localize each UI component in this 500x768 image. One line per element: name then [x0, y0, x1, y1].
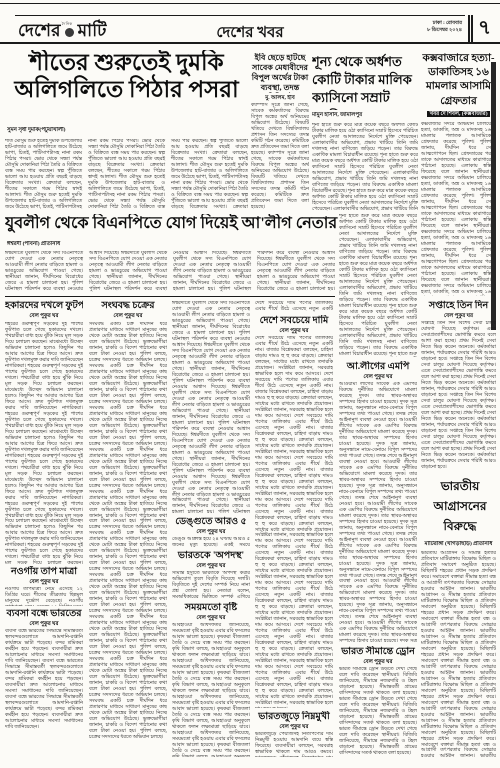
business-byline: বেল পুকুর ঘর: [5, 621, 83, 629]
naogaon-byline: বেল পুকুর ঘর: [5, 579, 83, 587]
banner-body: ঈশ্বরদীতে যুবলীগ থেকে সদ্য বিএনপিতে যোগ …: [5, 251, 335, 294]
ibi-headline: ইবি ছেড়ে হাটছে সাবেক মেধাবীদের বিপুল অর…: [251, 53, 309, 93]
top-hairline: [0, 3, 500, 4]
newspaper-page: দেশেরদৈনিকমাটি দেশের খবর ঢাকা : রোববার ৮…: [0, 0, 500, 768]
al-mp-headline: আ.লীগের এমপি: [339, 361, 417, 373]
deshe-dami-byline: বেল পুকুর ঘর: [255, 328, 333, 336]
drone-body: ভারত সীমান্তে ড্রোন উড়তে দেখা গেছে বলে …: [339, 667, 417, 757]
business-body: ব্যবসা বন্ধে ভারতের সিদ্ধান্তে সীমান্তবর…: [5, 629, 83, 757]
matiranga-body: ভারতীয় আগ্রাসন ও সীমান্ত হত্যার প্রতিবা…: [421, 551, 496, 757]
lead-byline: সুমন সৃধা দুমকি(পটুয়াখালী): [7, 127, 167, 135]
masthead-top-rule: [15, 15, 465, 16]
ibi-byline: মু. আলম, ইবি: [251, 95, 309, 103]
section-title: দেশের খবর: [180, 21, 320, 46]
rain-headline: সময়মতো বৃষ্টি: [172, 602, 250, 614]
cox-body: কক্সবাজার সদরে অভিযান চালিয়ে হত্যা, ডাক…: [421, 122, 491, 296]
masthead-word1: দেশের: [18, 21, 61, 40]
cox-headline: কক্সবাজারে হত্যা-ডাকাতিসহ ১৬ মামলার আসাম…: [421, 52, 496, 109]
hawkers-body: শহরের গুরুত্বপূর্ণ সড়কের দুই পাশের ফুটপ…: [5, 322, 83, 564]
india-down-body: ভারতজুড়ে পেঁয়াজসহ নিত্যপণ্যের দাম নিম্…: [255, 732, 333, 757]
casino-body: শূন্য হাতে শুরু করে মাত্র কয়েক বছরে অর্…: [312, 123, 418, 212]
casino-headline: শূন্য থেকে অর্ধশত কোটি টাকার মালিক ক্যাস…: [312, 53, 418, 110]
date-block: ঢাকা : রোববার ৮ ডিসেম্বর ২০২৪: [402, 20, 462, 35]
india-humiliated-headline: ভারতকে 'অপদস্থ': [172, 550, 250, 562]
lead-body: শীত মৌসুম শুরু হতেই দুমকি উপজেলার হাট-বা…: [5, 139, 248, 212]
ibi-body: ক্যাম্পাস সূত্রে জানা গেছে, সাবেক কর্মকর…: [251, 103, 309, 212]
matiranga-byline: মাটিরাঙ্গা (খাগড়াছড়ি) প্রতিনিধি: [421, 541, 496, 549]
gang-byline: বেল পুকুর ঘর: [89, 313, 167, 321]
page-number: ৭: [478, 15, 491, 41]
masthead: দেশেরদৈনিকমাটি: [18, 18, 107, 46]
lead-headline: শীতের শুরুতেই দুমকি অলিগলিতে পিঠার পসরা: [5, 50, 248, 124]
gang-headline: সংঘবদ্ধ চক্রের: [89, 300, 167, 312]
naogaon-body: নওগাঁয় তাপমাত্রা নেমে এসেছে ১২ ডিগ্রির …: [5, 587, 83, 606]
drone-headline: ভারত সীমান্তে ড্রোন: [339, 646, 417, 658]
date-line2: ৮ ডিসেম্বর ২০২৪: [402, 27, 462, 34]
casino-byline: মামুন হাসান, জামালপুর: [312, 112, 418, 120]
banner-body-continued: ঈশ্বরদীতে যুবলীগ থেকে সদ্য বিএনপিতে যোগ …: [172, 301, 250, 513]
india-humiliated-body: সীমান্ত ইস্যুতে ভারতকে 'অপদস্থ' করার অভি…: [172, 571, 250, 599]
matiranga-headline: ভারতীয় আগ্রাসনের বিরুদ্ধে মাটিরাঙ্গায় …: [424, 477, 496, 537]
banner-byline: ঈশ্বরদী (পাবনা) প্রতিনিধি: [7, 241, 167, 249]
dengue-headline: ডেঙ্গুতে আরও ৫: [172, 516, 250, 528]
dengue-body: ডেঙ্গু আক্রান্ত হয়ে ২৪ ঘণ্টায় আরও ৫ জন…: [172, 537, 250, 547]
al-mp-body: আওয়ামী লীগের সাবেক এক এমপির বিরুদ্ধে দু…: [339, 382, 417, 642]
rain-body: আবহাওয়া অধিদফতর জানিয়েছে, সময়মতো বৃষ্…: [172, 623, 250, 757]
rain-byline: বেল পুকুর ঘর: [172, 615, 250, 623]
naogaon-headline: নওগাঁয় তাপ মাত্রা: [5, 566, 83, 578]
three-days-headline: সপ্তাহে তিন দিন: [421, 300, 496, 312]
page-number-divider-a: [468, 15, 470, 43]
drone-byline: বেল পুকুর ঘর: [339, 659, 417, 667]
three-days-body: সপ্তাহে তিন দিন বিশেষ সেবা চালুর ঘোষণা দ…: [421, 321, 496, 473]
date-line1: ঢাকা : রোববার: [402, 20, 462, 27]
hawkers-headline: হকারদের দখলে ফুটপাত: [5, 300, 83, 312]
deshe-dami-body: দেশে সবচেয়ে দামি পণ্যের তালিকায় এবার শ…: [255, 336, 333, 708]
masthead-logo-dot-icon: দৈনিক: [65, 28, 74, 37]
casino-body-continued: শূন্য হাতে শুরু করে মাত্র কয়েক বছরে অর্…: [339, 214, 417, 357]
right-edge-rule: [491, 62, 496, 330]
india-down-headline: ভারতজুড়ে নিম্নমুখী: [255, 711, 333, 723]
page-number-divider-b: [471, 15, 473, 43]
dengue-byline: বেল পুকুর ঘর: [172, 529, 250, 537]
cox-byline-chip: খবর দে শিবল, (কক্সবাজার): [427, 111, 489, 117]
india-humiliated-byline: বেল পুকুর ঘর: [172, 563, 250, 571]
section-divider-rule: [5, 296, 335, 297]
masthead-tiny-label: দৈনিক: [62, 21, 73, 28]
india-down-byline: বেল পুকুর ঘর: [255, 724, 333, 732]
business-headline: ব্যবসা বন্ধে ভারতের: [5, 608, 83, 620]
masthead-word2: মাটি: [78, 21, 107, 40]
gang-body: সংঘবদ্ধ একটি চক্র দীর্ঘদিন ধরে প্রতারণার…: [89, 322, 167, 757]
three-days-byline: বেল পুকুর ঘর: [421, 313, 496, 321]
deshe-dami-headline: দেশে সবচেয়ে দামি: [255, 315, 333, 327]
al-mp-byline: বেল পুকুর ঘর: [339, 374, 417, 382]
cox-byline: খবর দে শিবল, (কক্সবাজার): [421, 111, 496, 119]
banner-headline: যুবলীগ থেকে বিএনপিতে যোগ দিয়েই আ'লীগ নে…: [5, 214, 338, 236]
hawkers-byline: বেল পুকুর ঘর: [5, 313, 83, 321]
deshe-dami-body-lead-in: দেশে সবচেয়ে দামি পণ্যের তালিকায় এবার শ…: [255, 301, 333, 312]
